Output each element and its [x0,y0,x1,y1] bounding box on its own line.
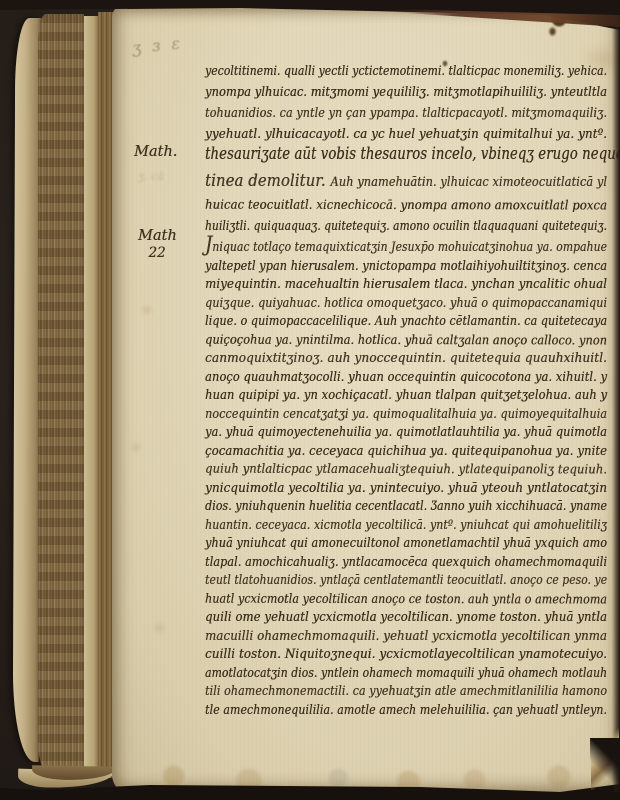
manuscript-text: yecoltitinemi. qualli yectli yctictemoti… [205,63,607,78]
margin-note-label: Math. [134,144,177,160]
manuscript-line: noccequintin cencatʒatʒi ya. quimoqualit… [205,405,607,424]
manuscript-text: tinea demolitur. [205,171,330,190]
manuscript-text: lique. o quimopaccacelilique. Auh ynacht… [205,313,607,328]
foxing-spot [130,442,142,453]
manuscript-line: miyequintin. macehualtin hierusalem tlac… [205,275,607,294]
manuscript-text: thesauriʒate aūt vobis thesauros incelo,… [205,144,620,164]
manuscript-line: ya. yhuā quimoyectenehuilia ya. quimotla… [205,423,607,442]
book-fore-edge-stack [6,10,118,788]
manuscript-line: tohuanidios. ca yntle yn çan ypampa. tla… [205,104,607,125]
ink-stain-trail [548,26,557,37]
manuscript-text: teutl tlatohuanidios. yntlaçā centlatema… [205,572,607,587]
manuscript-text: canmoquixtitʒinoʒ. auh ynoccequintin. qu… [205,350,607,365]
manuscript-page: ʒ ɜ ɛ ʒ. cā Math. Math 22 yecoltitinemi.… [112,8,620,792]
manuscript-text: quiçoçohua ya. ynintilma. hotlica. yhuā … [205,331,607,347]
manuscript-line: tlapal. amochicahualiʒ. yntlacamocēca qu… [205,553,607,572]
manuscript-line: tle amechmonequililia. amotle amech mele… [205,701,607,720]
show-through-mark-top: ʒ ɜ ɛ [131,33,184,57]
leaf-edge-striations [38,14,84,772]
manuscript-line: quiçoçohua ya. ynintilma. hotlica. yhuā … [205,330,607,349]
text-block: yecoltitinemi. qualli yectli yctictemoti… [205,62,607,719]
foxing-spots-bottom [136,756,606,790]
manuscript-text: yhuā yniuhcat qui amonecuiltonol amonetl… [205,535,607,550]
manuscript-text: anoço quauhmatʒocolli. yhuan occequintin… [205,369,607,384]
margin-note-chapter-number: 22 [138,245,176,261]
manuscript-line: tinea demolitur. Auh ynamehuātin. ylhuic… [205,173,607,196]
manuscript-text: huicac teocuitlatl. xicnechicocā. ynompa… [205,197,607,213]
manuscript-line: yhuā yniuhcat qui amonecuiltonol amonetl… [205,534,607,553]
manuscript-line: huicac teocuitlatl. xicnechicocā. ynompa… [205,196,607,218]
manuscript-line: huan quipipi ya. yn xochiçacatl. yhuan t… [205,386,607,405]
manuscript-text: yaltepetl ypan hierusalem. ynictopampa m… [205,258,607,273]
manuscript-text: huantin. ceceyaca. xicmotla yecoltilicā.… [205,517,607,532]
outer-leaf-edge [13,18,42,762]
manuscript-text: cuilli toston. Niquitoʒnequi. ycxicmotla… [205,646,607,661]
manuscript-text: tohuanidios. ca yntle yn çan ypampa. tla… [205,105,607,120]
manuscript-text: quiʒque. quiyahuac. hotlica omoquetʒaco.… [205,295,607,310]
light-leaf-band [84,16,98,770]
manuscript-line: teutl tlatohuanidios. yntlaçā centlatema… [205,571,607,590]
manuscript-line: huatl ycxicmotla yecoltilican anoço ce t… [205,589,607,608]
manuscript-text: niquac totlaço temaquixticatʒin Jesuxp̄o… [212,239,607,254]
photo-background-corner [590,738,620,794]
manuscript-text: ya. yhuā quimoyectenehuilia ya. quimotla… [205,424,607,439]
manuscript-line: macuilli ohamechmomaquili. yehuatl ycxic… [205,627,607,646]
manuscript-line: lique. o quimopaccacelilique. Auh ynacht… [205,312,607,331]
manuscript-text: huatl ycxicmotla yecoltilican anoço ce t… [205,590,607,606]
manuscript-text: tili ohamechmonemactili. ca yyehuatʒin a… [205,683,607,698]
manuscript-line: yecoltitinemi. qualli yectli yctictemoti… [205,62,607,83]
manuscript-line: canmoquixtitʒinoʒ. auh ynoccequintin. qu… [205,349,607,368]
manuscript-photo: ʒ ɜ ɛ ʒ. cā Math. Math 22 yecoltitinemi.… [0,0,620,800]
manuscript-line: amotlatocatʒin dios. yntlein ohamech mom… [205,664,607,683]
manuscript-line: quiʒque. quiyahuac. hotlica omoquetʒaco.… [205,294,607,313]
manuscript-line: Jniquac totlaço temaquixticatʒin Jesuxp̄… [205,238,607,257]
manuscript-line: huiliʒtli. quiquaquaʒ. quitetequiʒ. amon… [205,217,607,238]
manuscript-line: cuilli toston. Niquitoʒnequi. ycxicmotla… [205,645,607,664]
foxing-spot [152,622,167,634]
manuscript-line: tili ohamechmonemactili. ca yyehuatʒin a… [205,682,607,701]
manuscript-text: ynompa ylhuicac. mitʒmomi yequililiʒ. mi… [205,84,607,99]
manuscript-text: miyequintin. macehualtin hierusalem tlac… [205,276,607,291]
manuscript-line: ynicquimotla yecoltilia ya. ynintecuiyo.… [205,479,607,498]
manuscript-line: quili ome yehuatl ycxicmotla yecoltilica… [205,608,607,627]
margin-note-label: Math [138,228,177,244]
manuscript-text: quiuh yntlalticpac ytlamacehualiʒtequiuh… [205,461,607,477]
manuscript-line: çocamachitia ya. ceceyaca quichihua ya. … [205,442,607,461]
manuscript-line: ynompa ylhuicac. mitʒmomi yequililiʒ. mi… [205,83,607,104]
manuscript-text: çocamachitia ya. ceceyaca quichihua ya. … [205,443,607,458]
show-through-mark-margin: ʒ. cā [138,170,164,183]
foxing-spot [140,304,154,316]
manuscript-line: huantin. ceceyaca. xicmotla yecoltilicā.… [205,516,607,535]
manuscript-text: quili ome yehuatl ycxicmotla yecoltilica… [205,609,607,624]
manuscript-text: macuilli ohamechmomaquili. yehuatl ycxic… [205,628,607,643]
manuscript-text: huiliʒtli. quiquaquaʒ. quitetequiʒ. amon… [205,218,607,233]
manuscript-text: ynicquimotla yecoltilia ya. ynintecuiyo.… [205,480,607,495]
manuscript-line: yaltepetl ypan hierusalem. ynictopampa m… [205,257,607,276]
manuscript-text: tlapal. amochicahualiʒ. yntlacamocēca qu… [205,554,607,569]
manuscript-text: noccequintin cencatʒatʒi ya. quimoqualit… [205,406,607,421]
manuscript-line: dios. yniuhquenin huelitia cecentlacatl.… [205,497,607,516]
manuscript-line: thesauriʒate aūt vobis thesauros incelo,… [205,146,607,173]
manuscript-line: anoço quauhmatʒocolli. yhuan occequintin… [205,368,607,387]
manuscript-text: J [205,232,212,256]
margin-note-math-22: Math 22 [138,228,176,261]
manuscript-text: yyehuatl. ylhuicacayotl. ca yc huel yehu… [205,126,607,141]
manuscript-line: yyehuatl. ylhuicacayotl. ca yc huel yehu… [205,125,607,146]
page-gutter-edge [612,24,620,792]
manuscript-text: dios. yniuhquenin huelitia cecentlacatl.… [205,498,607,513]
manuscript-text: huan quipipi ya. yn xochiçacatl. yhuan t… [205,387,607,402]
manuscript-text: tle amechmonequililia. amotle amech mele… [205,702,607,717]
manuscript-text: amotlatocatʒin dios. yntlein ohamech mom… [205,665,607,680]
manuscript-line: quiuh yntlalticpac ytlamacehualiʒtequiuh… [205,460,607,479]
margin-note-math: Math. [134,144,177,160]
manuscript-text: Auh ynamehuātin. ylhuicac ximoteocuitlat… [330,174,607,189]
